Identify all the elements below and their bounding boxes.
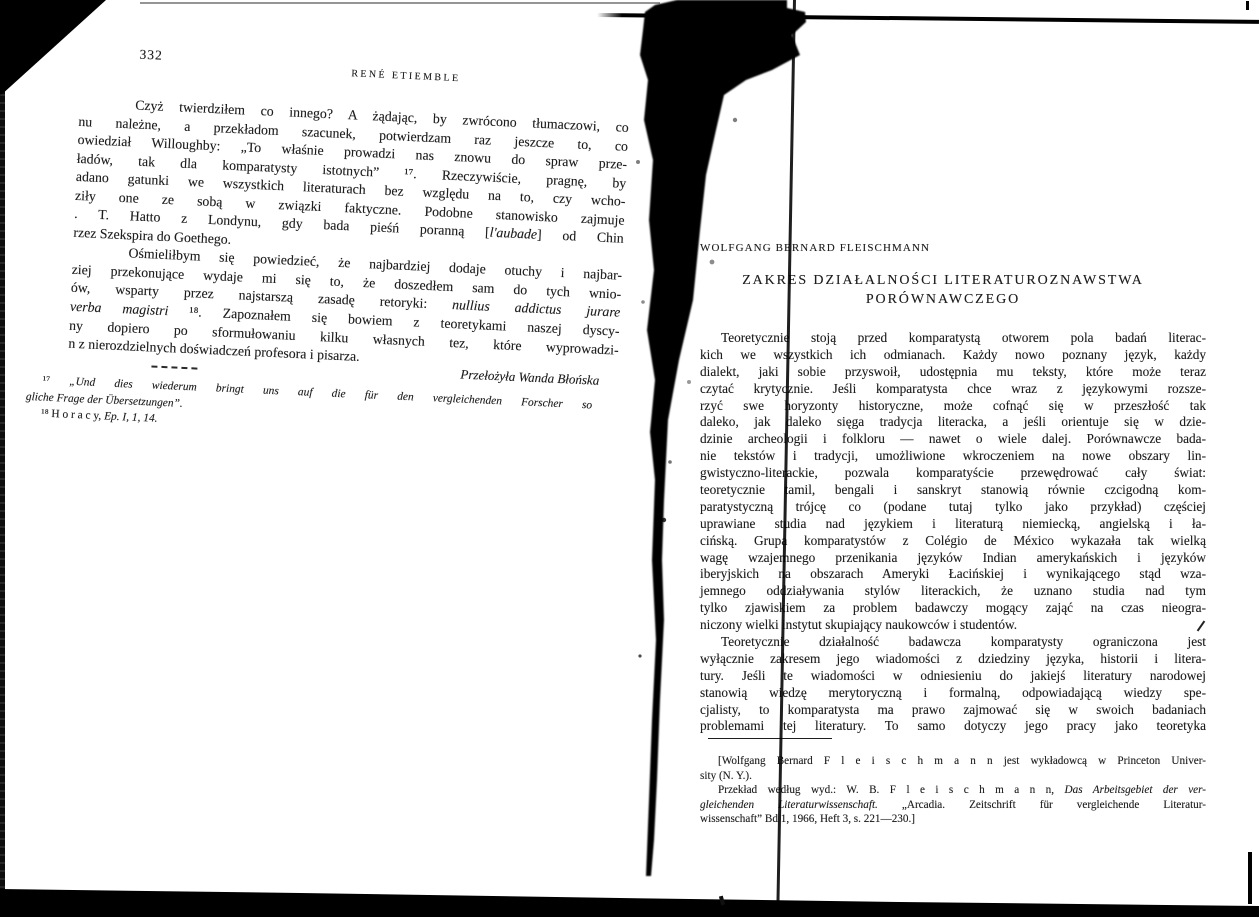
scan-right-edge-mark-artifact [1248,852,1252,904]
book-scan-page: 332 RENÉ ETIEMBLE Czyż twierdziłem co in… [0,0,1259,917]
ink-blob-gutter-shadow-artifact [0,0,1259,917]
scan-top-right-tick-artifact [1246,1,1249,10]
